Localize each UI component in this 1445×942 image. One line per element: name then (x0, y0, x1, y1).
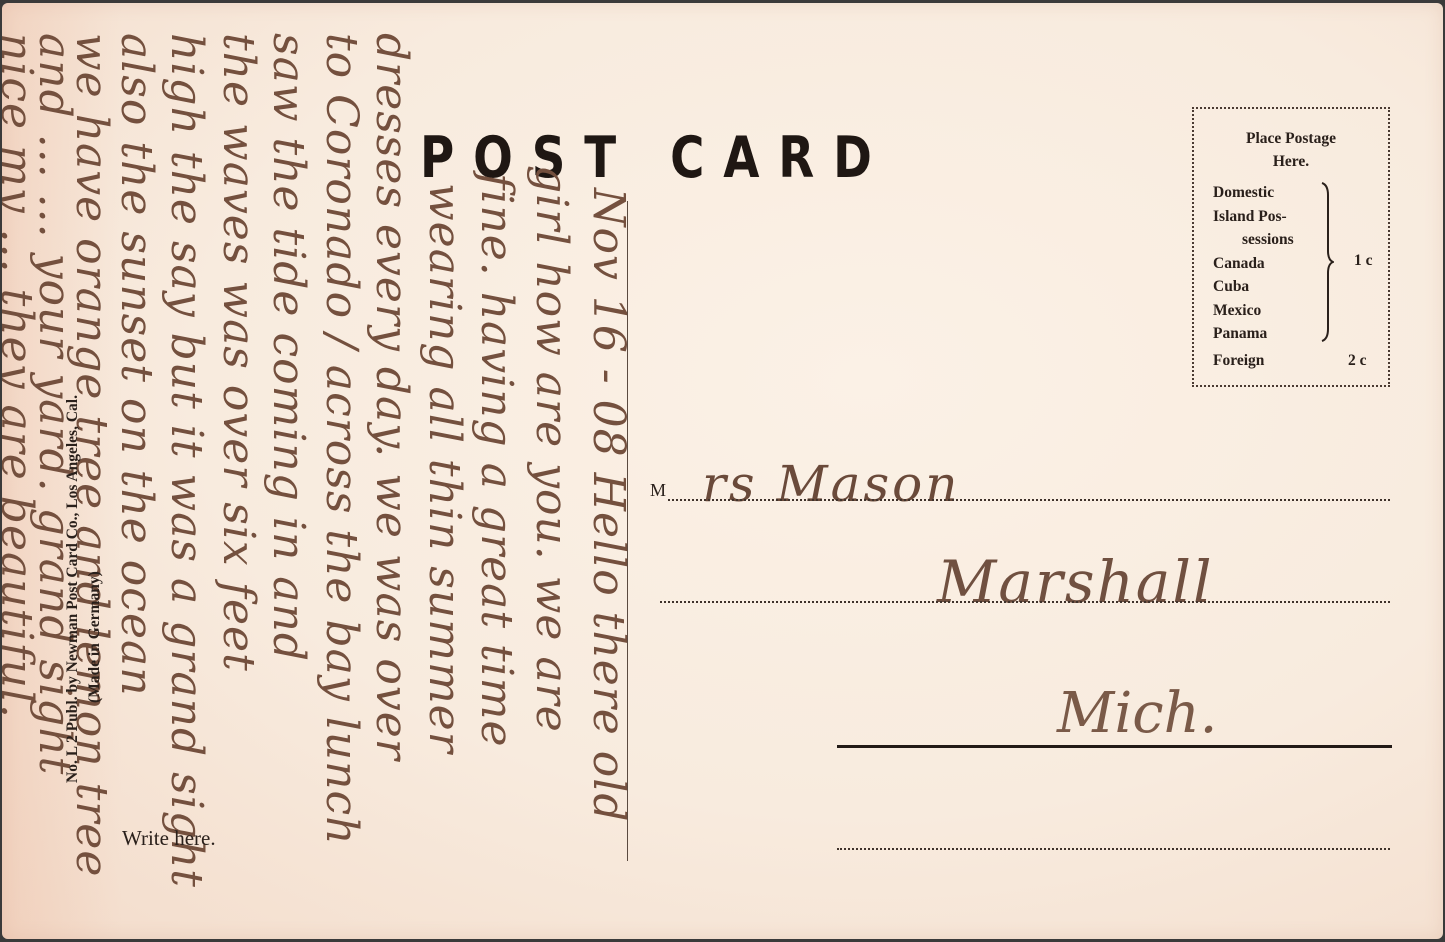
foreign-label: Foreign (1213, 352, 1264, 370)
message-line: dresses every day. we was over (366, 33, 417, 761)
message-line: also the sunset on the ocean (111, 33, 162, 697)
stamp-heading-line2: Here. (1194, 150, 1388, 173)
message-line: high the say but it was a grand sight (161, 33, 212, 888)
publisher-origin: (Made in Germany) (86, 571, 104, 703)
postcard-back: POST CARD Nov 16 - 08 Hello there old gi… (2, 3, 1443, 939)
address-line-3 (837, 745, 1392, 748)
recipient-city: Marshall (937, 548, 1214, 616)
message-line: fine. having a great time (471, 173, 522, 748)
stamp-heading-line1: Place Postage (1194, 127, 1388, 150)
message-line: nice my ... they are beautiful. (2, 33, 42, 719)
message-line: the waves was over six feet (213, 33, 264, 672)
destination-item: Cuba (1213, 275, 1294, 299)
message-line: girl how are you. we are (526, 165, 577, 733)
publisher-imprint: No. L 2 Publ. by Newman Post Card Co., L… (64, 395, 82, 783)
destination-item: Panama (1213, 322, 1294, 346)
destination-item: Island Pos- (1213, 205, 1294, 229)
curly-brace-icon (1320, 181, 1334, 343)
message-line: saw the tide coming in and (263, 33, 314, 662)
address-prefix: M (650, 480, 666, 501)
recipient-name: rs Mason (702, 455, 960, 513)
message-line: wearing all thin summer (419, 183, 470, 754)
write-here-label: Write here. (122, 826, 216, 851)
one-cent-rate: 1 c (1354, 252, 1373, 270)
destination-item: Domestic (1213, 181, 1294, 205)
address-line-4 (837, 848, 1390, 850)
address-line-1 (668, 499, 1390, 501)
recipient-state: Mich. (1057, 681, 1217, 746)
foreign-rate: 2 c (1348, 352, 1367, 370)
message-address-divider (627, 201, 628, 861)
message-line: to Coronado / across the bay lunch (316, 33, 367, 845)
one-cent-destinations: Domestic Island Pos- sessions Canada Cub… (1213, 181, 1294, 346)
address-line-2 (660, 601, 1390, 603)
message-line: Little Mother 1969-4 ... 84 (2, 33, 4, 652)
destination-item: Canada (1213, 252, 1294, 276)
stamp-heading: Place Postage Here. (1194, 127, 1388, 173)
destination-item: Mexico (1213, 299, 1294, 323)
postage-stamp-box: Place Postage Here. Domestic Island Pos-… (1192, 107, 1390, 387)
destination-item: sessions (1213, 228, 1294, 252)
